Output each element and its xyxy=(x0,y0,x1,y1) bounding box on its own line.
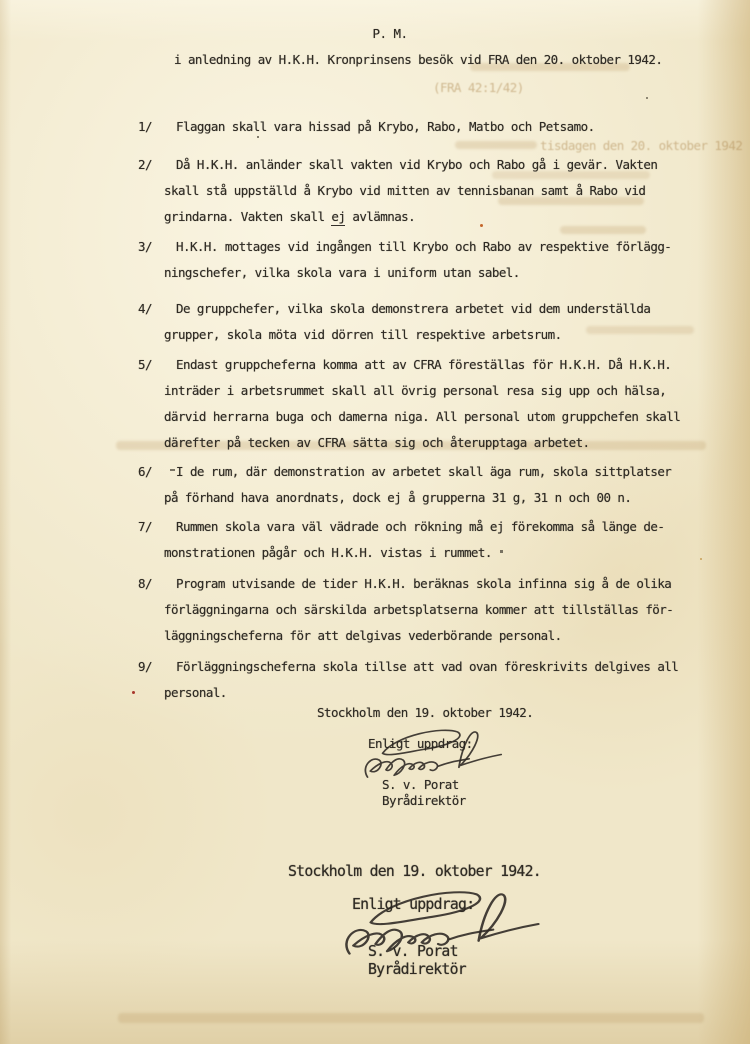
list-item: 9/ Förläggningscheferna skola tillse att… xyxy=(138,654,663,706)
item-number: 7/ xyxy=(138,514,152,540)
signer-name: S. v. Porat xyxy=(382,777,459,792)
page-subtitle: i anledning av H.K.H. Kronprinsens besök… xyxy=(174,52,662,67)
place-date-line: Stockholm den 19. oktober 1942. xyxy=(317,705,533,720)
underlined-word: ej xyxy=(331,209,345,226)
item-number: 6/ xyxy=(138,459,152,485)
item-line: Då H.K.H. anländer skall vakten vid Kryb… xyxy=(164,152,663,178)
document-page: (FRA 42:1/42) tisdagen den 20. oktober 1… xyxy=(0,0,750,1044)
paper-speck xyxy=(700,558,702,560)
item-line: på förhand hava anordnats, dock ej å gru… xyxy=(164,485,663,511)
item-line: Flaggan skall vara hissad på Krybo, Rabo… xyxy=(164,114,663,140)
ghost-reference-text: (FRA 42:1/42) xyxy=(433,80,524,95)
paper-speck xyxy=(132,691,135,694)
item-line: I de rum, där demonstration av arbetet s… xyxy=(164,459,663,485)
place-date-line-enlarged: Stockholm den 19. oktober 1942. xyxy=(288,863,541,880)
item-line: inträder i arbetsrummet skall all övrig … xyxy=(164,378,663,404)
item-line: monstrationen pågår och H.K.H. vistas i … xyxy=(164,540,663,566)
item-number: 4/ xyxy=(138,296,152,322)
item-number: 8/ xyxy=(138,571,152,597)
item-line: Förläggningscheferna skola tillse att va… xyxy=(164,654,663,680)
paper-speck xyxy=(480,224,483,227)
item-line: grupper, skola möta vid dörren till resp… xyxy=(164,322,663,348)
stray-typewriter-mark xyxy=(500,550,503,553)
item-line: därvid herrarna buga och damerna niga. A… xyxy=(164,404,663,430)
item-number: 2/ xyxy=(138,152,152,178)
line-segment: avlämnas. xyxy=(345,209,415,224)
item-number: 1/ xyxy=(138,114,152,140)
line-segment: grindarna. Vakten skall xyxy=(164,209,331,224)
list-item: 2/ Då H.K.H. anländer skall vakten vid K… xyxy=(138,152,663,230)
item-number: 5/ xyxy=(138,352,152,378)
item-line: grindarna. Vakten skall ej avlämnas. xyxy=(164,204,663,230)
paper-speck xyxy=(257,136,259,138)
signer-title-enlarged: Byrådirektör xyxy=(368,961,466,978)
list-item: 7/ Rummen skola vara väl vädrade och rök… xyxy=(138,514,663,566)
list-item: 1/ Flaggan skall vara hissad på Krybo, R… xyxy=(138,114,663,140)
bleedthrough-smudge xyxy=(455,141,537,149)
stray-typewriter-mark xyxy=(170,469,175,471)
item-number: 3/ xyxy=(138,234,152,260)
item-line: ningschefer, vilka skola vara i uniform … xyxy=(164,260,663,286)
item-line: förläggningarna och särskilda arbetsplat… xyxy=(164,597,663,623)
ghost-bleedthrough-text: tisdagen den 20. oktober 1942 xyxy=(540,138,742,153)
signer-title: Byrådirektör xyxy=(382,793,466,808)
item-line: De gruppchefer, vilka skola demonstrera … xyxy=(164,296,663,322)
handwritten-signature xyxy=(358,724,508,782)
paper-speck xyxy=(646,97,648,99)
bleedthrough-smudge xyxy=(118,1013,704,1023)
item-line: Endast gruppcheferna komma att av CFRA f… xyxy=(164,352,663,378)
item-line: Rummen skola vara väl vädrade och röknin… xyxy=(164,514,663,540)
item-line: personal. xyxy=(164,680,663,706)
list-item: 4/ De gruppchefer, vilka skola demonstre… xyxy=(138,296,663,348)
list-item: 8/ Program utvisande de tider H.K.H. ber… xyxy=(138,571,663,649)
item-line: läggningscheferna för att delgivas veder… xyxy=(164,623,663,649)
list-item: 6/ I de rum, där demonstration av arbete… xyxy=(138,459,663,511)
page-title: P. M. xyxy=(30,26,750,41)
list-item: 3/ H.K.H. mottages vid ingången till Kry… xyxy=(138,234,663,286)
list-item: 5/ Endast gruppcheferna komma att av CFR… xyxy=(138,352,663,456)
item-line: Program utvisande de tider H.K.H. beräkn… xyxy=(164,571,663,597)
signer-name-enlarged: S. v. Porat xyxy=(368,943,458,960)
item-line: skall stå uppställd å Krybo vid mitten a… xyxy=(164,178,663,204)
item-line: H.K.H. mottages vid ingången till Krybo … xyxy=(164,234,663,260)
item-number: 9/ xyxy=(138,654,152,680)
item-line: därefter på tecken av CFRA sätta sig och… xyxy=(164,430,663,456)
